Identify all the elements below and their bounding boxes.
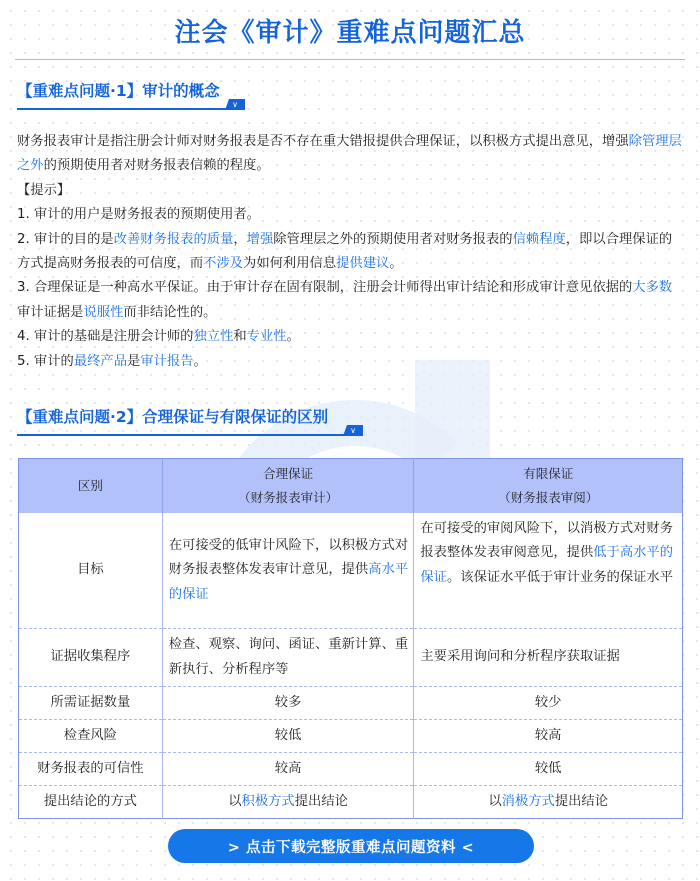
page-title: 注会《审计》重难点问题汇总 bbox=[0, 12, 700, 49]
table-row: 所需证据数量 较多 较少 bbox=[19, 687, 683, 720]
limited-cell: 较少 bbox=[414, 687, 683, 720]
header-subtext: （财务报表审阅） bbox=[414, 486, 682, 510]
header-text: 合理保证 bbox=[163, 462, 414, 486]
cell-highlight: 积极方式 bbox=[242, 794, 295, 809]
table-row: 目标 在可接受的低审计风险下，以积极方式对财务报表整体发表审计意见，提供高水平的… bbox=[19, 513, 683, 629]
definition-text: 财务报表审计是指注册会计师对财务报表是否不存在重大错报提供合理保证，以积极方式提… bbox=[17, 134, 629, 149]
header-distinction: 区别 bbox=[19, 459, 163, 513]
limited-cell: 较高 bbox=[414, 720, 683, 753]
table-row: 提出结论的方式 以积极方式提出结论 以消极方式提出结论 bbox=[19, 786, 683, 819]
row-label: 证据收集程序 bbox=[19, 629, 163, 687]
limited-cell: 较低 bbox=[414, 753, 683, 786]
tip-highlight: 提供建议 bbox=[336, 256, 389, 271]
tip-text: 。 bbox=[193, 354, 206, 369]
cell-highlight: 消极方式 bbox=[502, 794, 555, 809]
table-header-row: 区别 合理保证 （财务报表审计） 有限保证 （财务报表审阅） bbox=[19, 459, 683, 513]
definition-paragraph: 财务报表审计是指注册会计师对财务报表是否不存在重大错报提供合理保证，以积极方式提… bbox=[17, 130, 685, 179]
tip-text: 2. 审计的目的是 bbox=[17, 232, 114, 247]
row-label: 目标 bbox=[19, 513, 163, 629]
tip-text: 4. 审计的基础是注册会计师的 bbox=[17, 329, 193, 344]
tip-text: ， bbox=[233, 232, 246, 247]
tip-highlight: 专业性 bbox=[247, 329, 287, 344]
tip-highlight: 审计报告 bbox=[140, 354, 193, 369]
tip-item-5: 5. 审计的最终产品是审计报告。 bbox=[17, 350, 685, 374]
section2-heading: 【重难点问题·2】合理保证与有限保证的区别 ∨ bbox=[17, 406, 367, 436]
cell-text: 较多 bbox=[275, 695, 302, 710]
cell-text: 较高 bbox=[535, 728, 562, 743]
section1-heading-label: 【重难点问题·1】审计的概念 bbox=[17, 80, 247, 102]
limited-cell: 主要采用询问和分析程序获取证据 bbox=[414, 629, 683, 687]
tip-text: 。 bbox=[287, 329, 300, 344]
tip-text: 5. 审计的 bbox=[17, 354, 74, 369]
tip-item-3: 3. 合理保证是一种高水平保证。由于审计存在固有限制，注册会计师得出审计结论和形… bbox=[17, 276, 685, 325]
tip-highlight: 不涉及 bbox=[203, 256, 243, 271]
comparison-table: 区别 合理保证 （财务报表审计） 有限保证 （财务报表审阅） 目标 在可接受的低… bbox=[18, 458, 683, 819]
tips-label: 【提示】 bbox=[17, 179, 685, 203]
tip-text: 3. 合理保证是一种高水平保证。由于审计存在固有限制，注册会计师得出审计结论和形… bbox=[17, 280, 632, 295]
cell-text: 。该保证水平低于审计业务的保证水平 bbox=[447, 570, 673, 585]
cell-text: 较低 bbox=[275, 728, 302, 743]
definition-text: 的预期使用者对财务报表信赖的程度。 bbox=[44, 158, 270, 173]
title-divider bbox=[15, 59, 685, 60]
cell-text: 较少 bbox=[535, 695, 562, 710]
tip-item-2: 2. 审计的目的是改善财务报表的质量，增强除管理层之外的预期使用者对财务报表的信… bbox=[17, 228, 685, 277]
reasonable-cell: 以积极方式提出结论 bbox=[162, 786, 414, 819]
section2-heading-label: 【重难点问题·2】合理保证与有限保证的区别 bbox=[17, 406, 367, 428]
tip-highlight: 增强 bbox=[247, 232, 274, 247]
tip-item-4: 4. 审计的基础是注册会计师的独立性和专业性。 bbox=[17, 325, 685, 349]
cell-text: 检查、观察、询问、函证、重新计算、重新执行、分析程序等 bbox=[169, 637, 408, 677]
tip-text: 而非结论性的。 bbox=[123, 305, 216, 320]
row-label: 财务报表的可信性 bbox=[19, 753, 163, 786]
limited-cell: 在可接受的审阅风险下，以消极方式对财务报表整体发表审阅意见，提供低于高水平的保证… bbox=[414, 513, 683, 629]
tip-highlight: 最终产品 bbox=[74, 354, 127, 369]
header-subtext: （财务报表审计） bbox=[163, 486, 414, 510]
table-row: 证据收集程序 检查、观察、询问、函证、重新计算、重新执行、分析程序等 主要采用询… bbox=[19, 629, 683, 687]
cell-text: 提出结论 bbox=[555, 794, 608, 809]
tip-item-1: 1. 审计的用户是财务报表的预期使用者。 bbox=[17, 203, 685, 227]
reasonable-cell: 较低 bbox=[162, 720, 414, 753]
tip-highlight: 改善财务报表的质量 bbox=[114, 232, 234, 247]
cell-text: 主要采用询问和分析程序获取证据 bbox=[420, 649, 619, 664]
download-full-materials-button[interactable]: > 点击下载完整版重难点问题资料 < bbox=[168, 829, 534, 863]
section2-heading-underline bbox=[17, 434, 351, 436]
row-label: 提出结论的方式 bbox=[19, 786, 163, 819]
tip-text: 是 bbox=[127, 354, 140, 369]
header-limited-assurance: 有限保证 （财务报表审阅） bbox=[414, 459, 683, 513]
row-label: 检查风险 bbox=[19, 720, 163, 753]
tip-text: 1. 审计的用户是财务报表的预期使用者。 bbox=[17, 207, 260, 222]
header-reasonable-assurance: 合理保证 （财务报表审计） bbox=[162, 459, 414, 513]
tip-highlight: 信赖程度 bbox=[513, 232, 566, 247]
cell-text: 提出结论 bbox=[295, 794, 348, 809]
table-row: 检查风险 较低 较高 bbox=[19, 720, 683, 753]
reasonable-cell: 在可接受的低审计风险下，以积极方式对财务报表整体发表审计意见，提供高水平的保证 bbox=[162, 513, 414, 629]
tip-text: 除管理层之外的预期使用者对财务报表的 bbox=[273, 232, 512, 247]
tip-text: 。 bbox=[389, 256, 402, 271]
reasonable-cell: 较高 bbox=[162, 753, 414, 786]
tip-highlight: 独立性 bbox=[193, 329, 233, 344]
section1-heading-underline bbox=[17, 108, 229, 110]
header-text: 区别 bbox=[78, 478, 103, 493]
section1-heading: 【重难点问题·1】审计的概念 ∨ bbox=[17, 80, 247, 110]
tip-text: 审计证据是 bbox=[17, 305, 83, 320]
tip-text: 为如何利用信息 bbox=[243, 256, 336, 271]
cell-text: 较高 bbox=[275, 761, 302, 776]
row-label: 所需证据数量 bbox=[19, 687, 163, 720]
cell-text: 较低 bbox=[535, 761, 562, 776]
table-row: 财务报表的可信性 较高 较低 bbox=[19, 753, 683, 786]
section1-body: 财务报表审计是指注册会计师对财务报表是否不存在重大错报提供合理保证，以积极方式提… bbox=[17, 130, 685, 374]
tip-text: 和 bbox=[233, 329, 246, 344]
tip-highlight: 说服性 bbox=[83, 305, 123, 320]
reasonable-cell: 检查、观察、询问、函证、重新计算、重新执行、分析程序等 bbox=[162, 629, 414, 687]
limited-cell: 以消极方式提出结论 bbox=[414, 786, 683, 819]
reasonable-cell: 较多 bbox=[162, 687, 414, 720]
tip-highlight: 大多数 bbox=[632, 280, 672, 295]
header-text: 有限保证 bbox=[414, 462, 682, 486]
cell-text: 以 bbox=[488, 794, 501, 809]
cell-text: 以 bbox=[228, 794, 241, 809]
